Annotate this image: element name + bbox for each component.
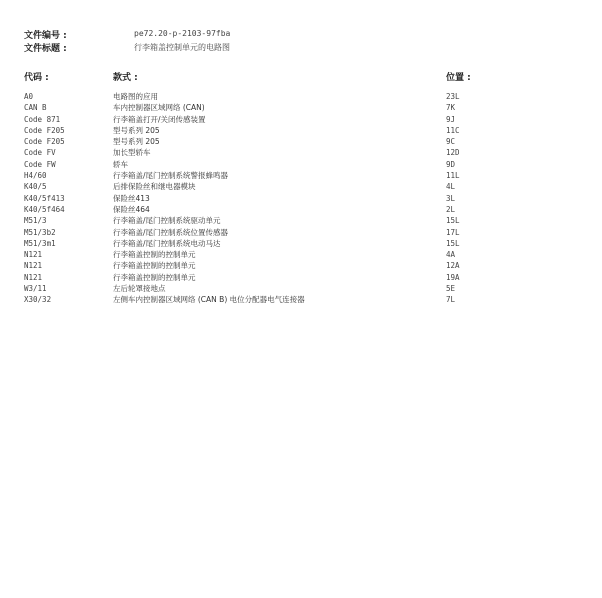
header-location: 位置 : (446, 70, 471, 83)
cell-location: 17L (446, 227, 460, 238)
cell-location: 3L (446, 193, 455, 204)
table-row: Code 871行李箱盖打开/关闭传感装置9J (0, 114, 602, 125)
cell-location: 12A (446, 260, 460, 271)
cell-code: CAN B (24, 102, 47, 113)
cell-location: 9J (446, 114, 455, 125)
table-row: K40/5后排保险丝和继电器模块4L (0, 181, 602, 192)
cell-location: 15L (446, 215, 460, 226)
document-number-value: pe72.20-p-2103-97fba (134, 29, 230, 38)
table-row: Code F205型号系列 2059C (0, 136, 602, 147)
table-row: Code FV加长型轿车12D (0, 147, 602, 158)
table-row: K40/5f413保险丝4133L (0, 193, 602, 204)
cell-code: K40/5 (24, 181, 47, 192)
cell-code: W3/11 (24, 283, 47, 294)
cell-description: 行李箱盖控制的控制单元 (113, 272, 196, 283)
cell-code: M51/3 (24, 215, 47, 226)
cell-location: 2L (446, 204, 455, 215)
cell-code: N121 (24, 249, 42, 260)
cell-description: 行李箱盖控制的控制单元 (113, 260, 196, 271)
table-row: Code FW轿车9D (0, 159, 602, 170)
cell-location: 12D (446, 147, 460, 158)
table-row: H4/60行李箱盖/尾门控制系统警报蜂鸣器11L (0, 170, 602, 181)
cell-description: 保险丝464 (113, 204, 150, 215)
cell-location: 15L (446, 238, 460, 249)
cell-code: X30/32 (24, 294, 51, 305)
cell-description: 轿车 (113, 159, 128, 170)
cell-code: M51/3m1 (24, 238, 56, 249)
cell-description: 车内控制器区域网络 (CAN) (113, 102, 205, 113)
table-row: M51/3m1行李箱盖/尾门控制系统电动马达15L (0, 238, 602, 249)
cell-location: 9D (446, 159, 455, 170)
cell-code: H4/60 (24, 170, 47, 181)
document-title-label: 文件标题 : (24, 41, 67, 54)
table-row: Code F205型号系列 20511C (0, 125, 602, 136)
cell-description: 型号系列 205 (113, 136, 160, 147)
table-row: CAN B车内控制器区域网络 (CAN)7K (0, 102, 602, 113)
cell-description: 行李箱盖/尾门控制系统驱动单元 (113, 215, 221, 226)
cell-code: Code 871 (24, 114, 60, 125)
cell-description: 型号系列 205 (113, 125, 160, 136)
table-body: A0电路图的应用23L CAN B车内控制器区域网络 (CAN)7K Code … (0, 91, 602, 306)
cell-description: 后排保险丝和继电器模块 (113, 181, 196, 192)
cell-location: 5E (446, 283, 455, 294)
cell-location: 19A (446, 272, 460, 283)
cell-code: Code F205 (24, 125, 65, 136)
cell-description: 行李箱盖/尾门控制系统电动马达 (113, 238, 221, 249)
cell-location: 4A (446, 249, 455, 260)
cell-code: M51/3b2 (24, 227, 56, 238)
cell-location: 11C (446, 125, 460, 136)
cell-code: K40/5f464 (24, 204, 65, 215)
table-row: W3/11左后轮罩接地点5E (0, 283, 602, 294)
cell-description: 行李箱盖控制的控制单元 (113, 249, 196, 260)
cell-description: 行李箱盖/尾门控制系统警报蜂鸣器 (113, 170, 228, 181)
table-row: N121行李箱盖控制的控制单元4A (0, 249, 602, 260)
cell-code: N121 (24, 260, 42, 271)
cell-location: 9C (446, 136, 455, 147)
document-number-label: 文件编号 : (24, 28, 67, 41)
table-row: X30/32左侧车内控制器区域网络 (CAN B) 电位分配器电气连接器7L (0, 294, 602, 305)
table-row: A0电路图的应用23L (0, 91, 602, 102)
cell-description: 保险丝413 (113, 193, 150, 204)
cell-code: Code F205 (24, 136, 65, 147)
cell-description: 加长型轿车 (113, 147, 151, 158)
cell-description: 左侧车内控制器区域网络 (CAN B) 电位分配器电气连接器 (113, 294, 305, 305)
cell-code: N121 (24, 272, 42, 283)
table-row: N121行李箱盖控制的控制单元12A (0, 260, 602, 271)
cell-description: 行李箱盖/尾门控制系统位置传感器 (113, 227, 228, 238)
cell-code: A0 (24, 91, 33, 102)
table-row: K40/5f464保险丝4642L (0, 204, 602, 215)
table-row: M51/3行李箱盖/尾门控制系统驱动单元15L (0, 215, 602, 226)
cell-description: 行李箱盖打开/关闭传感装置 (113, 114, 206, 125)
cell-code: Code FW (24, 159, 56, 170)
cell-code: K40/5f413 (24, 193, 65, 204)
cell-location: 4L (446, 181, 455, 192)
cell-location: 7K (446, 102, 455, 113)
cell-description: 左后轮罩接地点 (113, 283, 166, 294)
cell-location: 23L (446, 91, 460, 102)
cell-location: 7L (446, 294, 455, 305)
cell-location: 11L (446, 170, 460, 181)
header-description: 款式 : (113, 70, 138, 83)
cell-code: Code FV (24, 147, 56, 158)
document-title-value: 行李箱盖控制单元的电路图 (134, 42, 230, 53)
header-code: 代码 : (24, 70, 49, 83)
cell-description: 电路图的应用 (113, 91, 158, 102)
table-row: M51/3b2行李箱盖/尾门控制系统位置传感器17L (0, 227, 602, 238)
table-row: N121行李箱盖控制的控制单元19A (0, 272, 602, 283)
